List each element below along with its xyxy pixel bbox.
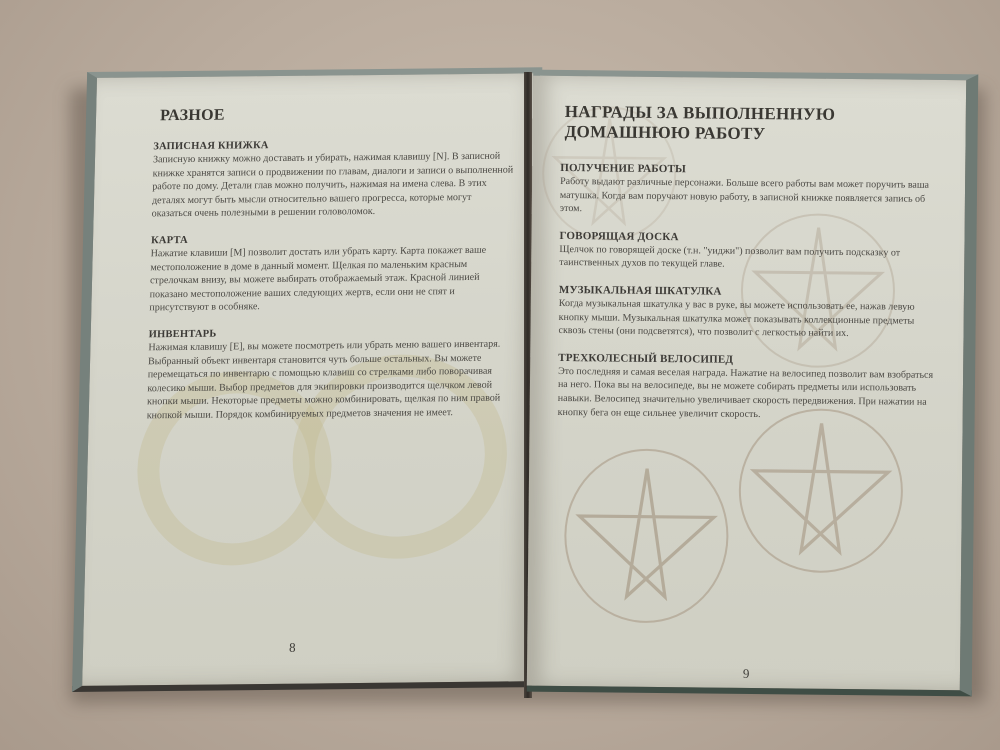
right-page-content: НАГРАДЫ ЗА ВЫПОЛНЕННУЮ ДОМАШНЮЮ РАБОТУ П… (557, 94, 936, 437)
section-talking-board: ГОВОРЯЩАЯ ДОСКА Щелчок по говорящей доск… (559, 230, 934, 274)
section-inventory: ИНВЕНТАРЬ Нажимая клавишу [E], вы можете… (147, 325, 510, 422)
right-page: НАГРАДЫ ЗА ВЫПОЛНЕННУЮ ДОМАШНЮЮ РАБОТУ П… (527, 70, 978, 697)
section-body: Это последняя и самая веселая награда. Н… (558, 365, 934, 423)
section-body: Нажатие клавиши [M] позволит достать или… (149, 244, 512, 316)
open-booklet: РАЗНОЕ ЗАПИСНАЯ КНИЖКА Записную книжку м… (0, 0, 1000, 750)
page-title: РАЗНОЕ (160, 104, 516, 126)
left-page: РАЗНОЕ ЗАПИСНАЯ КНИЖКА Записную книжку м… (72, 67, 542, 692)
section-tricycle: ТРЕХКОЛЕСНЫЙ ВЕЛОСИПЕД Это последняя и с… (558, 352, 934, 423)
section-body: Записную книжку можно доставать и убират… (152, 150, 515, 222)
page-number: 9 (743, 666, 750, 682)
section-getting-work: ПОЛУЧЕНИЕ РАБОТЫ Работу выдают различные… (560, 162, 936, 220)
section-body: Щелчок по говорящей доске (т.н. "уиджи")… (559, 243, 934, 274)
section-body: Когда музыкальная шкатулка у вас в руке,… (558, 297, 933, 342)
section-notebook: ЗАПИСНАЯ КНИЖКА Записную книжку можно до… (152, 138, 515, 222)
section-body: Нажимая клавишу [E], вы можете посмотрет… (147, 337, 510, 422)
section-music-box: МУЗЫКАЛЬНАЯ ШКАТУЛКА Когда музыкальная ш… (558, 284, 934, 342)
pentagram-seal-icon (563, 448, 729, 624)
section-map: КАРТА Нажатие клавиши [M] позволит доста… (149, 232, 512, 316)
page-title: НАГРАДЫ ЗА ВЫПОЛНЕННУЮ ДОМАШНЮЮ РАБОТУ (565, 102, 936, 146)
left-page-content: РАЗНОЕ ЗАПИСНАЯ КНИЖКА Записную книжку м… (146, 98, 515, 437)
section-body: Работу выдают различные персонажи. Больш… (560, 175, 935, 220)
page-number: 8 (289, 640, 296, 656)
